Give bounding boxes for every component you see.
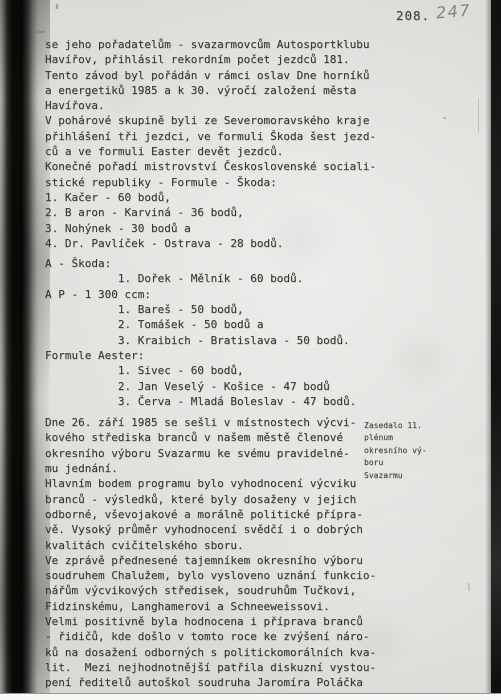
margin-note: Zasedalo 11. plénum okresního vý- boru S… [364,420,474,482]
paragraph: Ve zprávě přednesené tajemníkem okresníh… [45,553,390,614]
body-text: se jeho pořadatelům - svazarmovcům Autos… [45,37,390,690]
paragraph: se jeho pořadatelům - svazarmovcům Autos… [45,37,390,113]
scan-edge-bottom [0,693,501,700]
paragraph: Hlavním bodem programu bylo vyhodnocení … [45,476,390,552]
paragraph: V pohárové skupině byli ze Severomoravsk… [45,113,390,159]
scan-artifact-speck [468,583,470,591]
scan-artifact-speck [443,117,446,119]
paragraph: Velmi positivně byla hodnocena i příprav… [45,614,390,690]
scan-artifact-tick [56,4,59,9]
page-number: 208. [396,8,430,23]
scanned-page: 208. 247 se jeho pořadatelům - svazarmov… [0,0,501,700]
paragraph: A - Škoda: 1. Dořek - Mělník - 60 bodů. [45,256,390,287]
scan-artifact-scratch [478,98,479,132]
paragraph: Dne 26. září 1985 se sešli v místnostech… [45,415,390,476]
paragraph: A P - 1 300 ccm: 1. Bareš - 50 bodů, 2. … [45,287,390,348]
paragraph: Konečné pořadí mistrovství Československ… [45,159,390,251]
binding-shadow-left [0,0,50,694]
scan-edge-right [491,0,501,694]
paragraph: Formule Aester: 1. Sivec - 60 bodů, 2. J… [45,348,390,409]
handwritten-page-number: 247 [435,1,472,23]
